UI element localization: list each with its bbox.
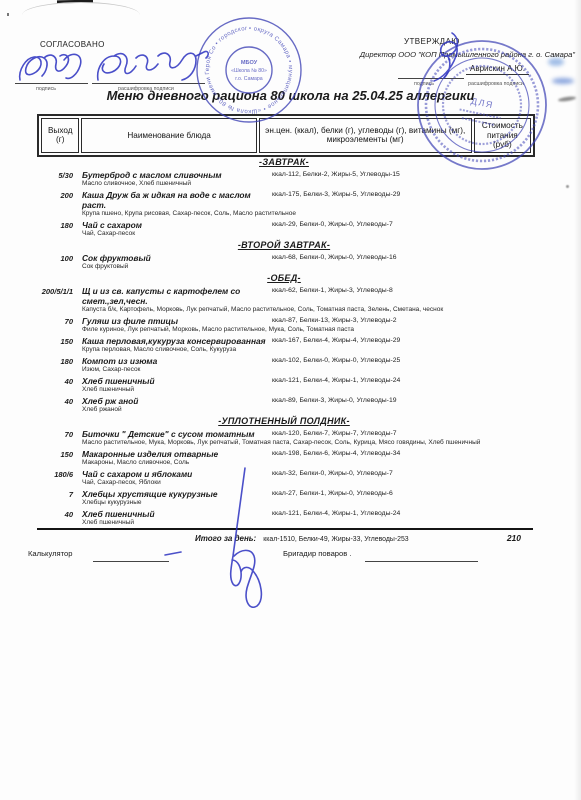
menu-row: 180Компот из изюмаккал-102, Белки-0, Жир… [37, 356, 531, 374]
menu-table-header: Выход (г)Наименование блюдаэн.цен. (ккал… [37, 114, 535, 157]
dish-nutrition: ккал-89, Белки-3, Жиры-0, Углеводы-19 [272, 396, 531, 405]
dish-ingredients: Крупа перловая, Масло сливочное, Соль, К… [82, 346, 530, 354]
dish-name: Компот из изюма [82, 356, 272, 366]
scan-edge-shade [574, 0, 581, 800]
portion-size: 180 [37, 220, 73, 230]
meal-section-title: -ВТОРОЙ ЗАВТРАК- [37, 240, 531, 250]
totals-row: Итого за день: ккал-1510, Белки-49, Жиры… [37, 528, 533, 543]
portion-size: 40 [37, 396, 73, 406]
dish-name: Хлебцы хрустящие кукурузные [82, 489, 272, 499]
portion-size: 100 [37, 253, 73, 263]
menu-row: 150Каша перловая,кукуруза консервированн… [37, 336, 531, 354]
menu-row: 70Биточки " Детские" с сусом томатнымкка… [37, 429, 531, 447]
menu-row: 40Хлеб рж анойккал-89, Белки-3, Жиры-0, … [37, 396, 531, 414]
signature-stroke-left2 [98, 51, 208, 80]
menu-row: 200Каша Друж ба ж идкая на воде с маслом… [37, 190, 531, 218]
brigadier-label: Бригадир поваров . [283, 549, 352, 558]
signature-line [398, 78, 464, 79]
menu-row-main: 180Чай с сахаромккал-29, Белки-0, Жиры-0… [37, 220, 531, 230]
dish-nutrition: ккал-112, Белки-2, Жиры-5, Углеводы-15 [272, 170, 531, 179]
menu-row: 180Чай с сахаромккал-29, Белки-0, Жиры-0… [37, 220, 531, 238]
dish-name: Бутерброд с маслом сливочным [82, 170, 272, 180]
dish-ingredients: Хлебцы кукурузные [82, 499, 530, 507]
menu-row-main: 200/5/1/1Щ и из св. капусты с картофелем… [37, 286, 531, 306]
dish-name: Макаронные изделия отварные [82, 449, 272, 459]
column-header: Выход (г) [41, 118, 79, 153]
column-header: эн.цен. (ккал), белки (г), углеводы (г),… [259, 118, 472, 153]
dish-ingredients: Хлеб пшеничный [82, 519, 530, 527]
menu-row-main: 40Хлеб пшеничныйккал-121, Белки-4, Жиры-… [37, 509, 531, 519]
signature-caption: подпись [414, 81, 434, 87]
portion-size: 180/6 [37, 469, 73, 479]
stamp-center-line: «Школа № 80» [231, 68, 267, 74]
scanned-menu-document: СОГЛАСОВАНО УТВЕРЖДАЮ Директор ООО "КОП … [0, 0, 581, 800]
portion-size: 180 [37, 356, 73, 366]
menu-row-main: 180Компот из изюмаккал-102, Белки-0, Жир… [37, 356, 531, 366]
brigadier-signature-line [365, 561, 478, 562]
portion-size: 200/5/1/1 [37, 286, 73, 296]
signature-line [92, 83, 205, 84]
scan-smudge [552, 78, 574, 84]
menu-row: 5/30Бутерброд с маслом сливочнымккал-112… [37, 170, 531, 188]
dish-name: Каша Друж ба ж идкая на воде с маслом ра… [82, 190, 272, 210]
dish-name: Щ и из св. капусты с картофелем со смет.… [82, 286, 272, 306]
column-header: Стоимость питания (руб) [474, 118, 531, 153]
dish-ingredients: Хлеб ржаной [82, 406, 530, 414]
portion-size: 7 [37, 489, 73, 499]
director-name: Аврискин А.Ю. [466, 64, 529, 75]
dish-nutrition: ккал-120, Белки-7, Жиры-7, Углеводы-7 [272, 429, 531, 438]
dish-ingredients: Крупа пшено, Крупа рисовая, Сахар-песок,… [82, 210, 530, 218]
dish-name: Хлеб рж аной [82, 396, 272, 406]
dish-ingredients: Филе куриное, Лук репчатый, Морковь, Мас… [82, 326, 530, 334]
dish-nutrition: ккал-87, Белки-13, Жиры-3, Углеводы-2 [272, 316, 531, 325]
dish-ingredients: Чай, Сахар-песок [82, 230, 530, 238]
dish-nutrition: ккал-198, Белки-6, Жиры-4, Углеводы-34 [272, 449, 531, 458]
menu-row: 100Сок фруктовыйккал-68, Белки-0, Жиры-0… [37, 253, 531, 271]
dish-nutrition: ккал-121, Белки-4, Жиры-1, Углеводы-24 [272, 376, 531, 385]
menu-row-main: 150Макаронные изделия отварныеккал-198, … [37, 449, 531, 459]
portion-size: 70 [37, 316, 73, 326]
menu-row-main: 180/6Чай с сахаром и яблокамиккал-32, Бе… [37, 469, 531, 479]
dish-nutrition: ккал-102, Белки-0, Жиры-0, Углеводы-25 [272, 356, 531, 365]
signature-line [15, 83, 88, 84]
dish-name: Гуляш из филе птицы [82, 316, 272, 326]
director-title: Директор ООО "КОП Промышленного района г… [325, 50, 575, 59]
dish-ingredients: Изюм, Сахар-песок [82, 366, 530, 374]
meal-section-title: -ОБЕД- [37, 273, 531, 283]
menu-row: 200/5/1/1Щ и из св. капусты с картофелем… [37, 286, 531, 314]
dish-name: Хлеб пшеничный [82, 509, 272, 519]
portion-size: 40 [37, 509, 73, 519]
menu-row: 150Макаронные изделия отварныеккал-198, … [37, 449, 531, 467]
menu-row: 40Хлеб пшеничныйккал-121, Белки-4, Жиры-… [37, 376, 531, 394]
agreed-label: СОГЛАСОВАНО [40, 40, 105, 49]
dish-name: Чай с сахаром и яблоками [82, 469, 272, 479]
signature-decode-caption: расшифровка подписи [468, 81, 524, 87]
meal-section-title: -УПЛОТНЕННЫЙ ПОЛДНИК- [37, 416, 531, 426]
totals-label: Итого за день: [195, 534, 256, 543]
menu-rows: -ЗАВТРАК-5/30Бутерброд с маслом сливочны… [37, 155, 531, 529]
menu-row: 40Хлеб пшеничныйккал-121, Белки-4, Жиры-… [37, 509, 531, 527]
portion-size: 150 [37, 449, 73, 459]
dish-nutrition: ккал-62, Белки-1, Жиры-3, Углеводы-8 [272, 286, 531, 295]
totals-value: ккал-1510, Белки-49, Жиры-33, Углеводы-2… [263, 536, 408, 543]
menu-header-row: Выход (г)Наименование блюдаэн.цен. (ккал… [41, 118, 531, 153]
dish-ingredients: Чай, Сахар-песок, Яблоки [82, 479, 530, 487]
dish-ingredients: Масло растительное, Мука, Морковь, Лук р… [82, 439, 530, 447]
dish-ingredients: Хлеб пшеничный [82, 386, 530, 394]
portion-size: 200 [37, 190, 73, 200]
totals-cost: 210 [507, 533, 521, 543]
calculator-signature-line [93, 561, 169, 562]
portion-size: 150 [37, 336, 73, 346]
menu-row-main: 7Хлебцы хрустящие кукурузныеккал-27, Бел… [37, 489, 531, 499]
dish-nutrition: ккал-68, Белки-0, Жиры-0, Углеводы-16 [272, 253, 531, 262]
stamp-center-line: г.о. Самара [235, 76, 262, 82]
calculator-label: Калькулятор [28, 549, 72, 558]
menu-row-main: 70Гуляш из филе птицыккал-87, Белки-13, … [37, 316, 531, 326]
scan-smudge [566, 185, 569, 188]
dish-ingredients: Масло сливочное, Хлеб пшеничный [82, 180, 530, 188]
dish-name: Каша перловая,кукуруза консервированная [82, 336, 272, 346]
menu-row-main: 100Сок фруктовыйккал-68, Белки-0, Жиры-0… [37, 253, 531, 263]
menu-row-main: 40Хлеб рж анойккал-89, Белки-3, Жиры-0, … [37, 396, 531, 406]
scan-artifact-dot [7, 13, 9, 16]
dish-nutrition: ккал-27, Белки-1, Жиры-0, Углеводы-6 [272, 489, 531, 498]
column-header: Наименование блюда [81, 118, 256, 153]
meal-section-title: -ЗАВТРАК- [37, 157, 531, 167]
page-title: Меню дневного рациона 80 школа на 25.04.… [0, 88, 581, 103]
dish-ingredients: Капуста б/к, Картофель, Морковь, Лук реп… [82, 306, 530, 314]
menu-row-main: 40Хлеб пшеничныйккал-121, Белки-4, Жиры-… [37, 376, 531, 386]
dish-name: Чай с сахаром [82, 220, 272, 230]
menu-row-main: 70Биточки " Детские" с сусом томатнымкка… [37, 429, 531, 439]
portion-size: 70 [37, 429, 73, 439]
approved-label: УТВЕРЖДАЮ [404, 37, 460, 46]
school-round-stamp: • округа Самара • муниципальное • «Школа… [193, 14, 305, 126]
dish-nutrition: ккал-121, Белки-4, Жиры-1, Углеводы-24 [272, 509, 531, 518]
portion-size: 40 [37, 376, 73, 386]
menu-row: 7Хлебцы хрустящие кукурузныеккал-27, Бел… [37, 489, 531, 507]
scan-smudge [548, 58, 564, 66]
menu-row-main: 150Каша перловая,кукуруза консервированн… [37, 336, 531, 346]
menu-row: 180/6Чай с сахаром и яблокамиккал-32, Бе… [37, 469, 531, 487]
menu-row-main: 200Каша Друж ба ж идкая на воде с маслом… [37, 190, 531, 210]
dish-name: Биточки " Детские" с сусом томатным [82, 429, 272, 439]
dish-nutrition: ккал-29, Белки-0, Жиры-0, Углеводы-7 [272, 220, 531, 229]
menu-row-main: 5/30Бутерброд с маслом сливочнымккал-112… [37, 170, 531, 180]
dish-name: Сок фруктовый [82, 253, 272, 263]
dish-ingredients: Макароны, Масло сливочное, Соль [82, 459, 530, 467]
portion-size: 5/30 [37, 170, 73, 180]
stamp-center-line: МБОУ [241, 60, 258, 66]
dish-nutrition: ккал-175, Белки-3, Жиры-5, Углеводы-29 [272, 190, 531, 199]
dish-nutrition: ккал-32, Белки-0, Жиры-0, Углеводы-7 [272, 469, 531, 478]
dish-ingredients: Сок фруктовый [82, 263, 530, 271]
dish-nutrition: ккал-167, Белки-4, Жиры-4, Углеводы-29 [272, 336, 531, 345]
dish-name: Хлеб пшеничный [82, 376, 272, 386]
menu-row: 70Гуляш из филе птицыккал-87, Белки-13, … [37, 316, 531, 334]
scan-artifact-curve [22, 2, 140, 15]
signature-stroke-left1 [20, 54, 81, 80]
